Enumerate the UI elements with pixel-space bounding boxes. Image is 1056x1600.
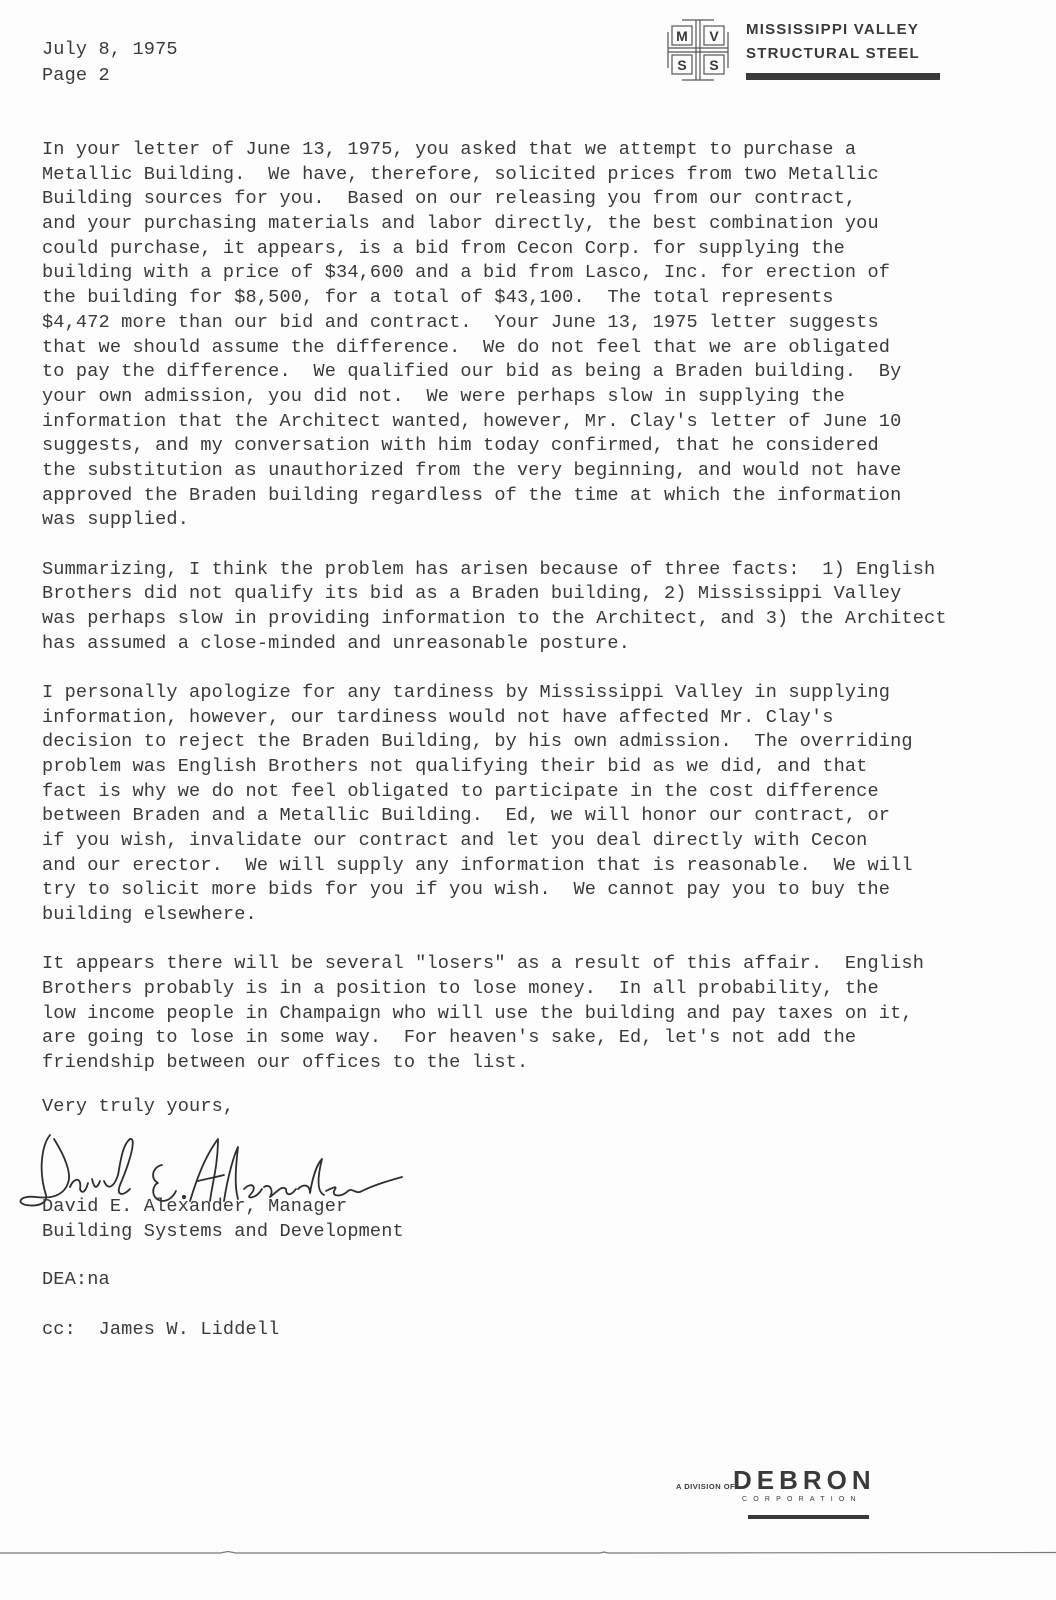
text-line: was supplied. xyxy=(42,508,1042,533)
date-block: July 8, 1975 Page 2 xyxy=(42,37,178,89)
page-edge-line xyxy=(0,1551,1056,1554)
text-line: the substitution as unauthorized from th… xyxy=(42,459,1042,484)
body-paragraph: I personally apologize for any tardiness… xyxy=(42,681,1042,928)
division-prefix: A DIVISION OF xyxy=(676,1482,735,1491)
text-line: that we should assume the difference. We… xyxy=(42,336,1042,361)
text-line: Building sources for you. Based on our r… xyxy=(42,187,1042,212)
carbon-copy: cc: James W. Liddell xyxy=(42,1318,279,1343)
text-line: try to solicit more bids for you if you … xyxy=(42,878,1042,903)
text-line: building with a price of $34,600 and a b… xyxy=(42,261,1042,286)
salutation: Very truly yours, xyxy=(42,1095,234,1120)
text-line: was perhaps slow in providing informatio… xyxy=(42,607,1042,632)
text-line: could purchase, it appears, is a bid fro… xyxy=(42,237,1042,262)
signer-name: David E. Alexander, Manager xyxy=(42,1195,404,1220)
letterhead-logo: M V S S MISSISSIPPI VALLEY STRUCTURAL ST… xyxy=(666,16,946,86)
text-line: information, however, our tardiness woul… xyxy=(42,706,1042,731)
signer-title: Building Systems and Development xyxy=(42,1220,404,1245)
parent-company-name: DEBRON xyxy=(733,1465,876,1496)
text-line: fact is why we do not feel obligated to … xyxy=(42,780,1042,805)
signature-block: David E. Alexander, Manager Building Sys… xyxy=(42,1195,404,1244)
svg-text:V: V xyxy=(709,28,719,44)
letterhead-rule xyxy=(746,73,940,80)
text-line: between Braden and a Metallic Building. … xyxy=(42,804,1042,829)
footer-rule xyxy=(748,1515,869,1519)
text-line: decision to reject the Braden Building, … xyxy=(42,730,1042,755)
svg-text:S: S xyxy=(709,57,718,73)
body-paragraph: Summarizing, I think the problem has ari… xyxy=(42,558,1042,657)
text-line: low income people in Champaign who will … xyxy=(42,1002,1042,1027)
parent-company-suffix: CORPORATION xyxy=(742,1496,862,1503)
text-line: It appears there will be several "losers… xyxy=(42,952,1042,977)
letter-body: In your letter of June 13, 1975, you ask… xyxy=(42,138,1042,1100)
text-line: suggests, and my conversation with him t… xyxy=(42,434,1042,459)
mvss-monogram-icon: M V S S xyxy=(666,18,730,82)
text-line: In your letter of June 13, 1975, you ask… xyxy=(42,138,1042,163)
reference-initials: DEA:na xyxy=(42,1268,110,1293)
text-line: and your purchasing materials and labor … xyxy=(42,212,1042,237)
letter-date: July 8, 1975 xyxy=(42,37,178,63)
svg-text:M: M xyxy=(676,28,688,44)
text-line: problem was English Brothers not qualify… xyxy=(42,755,1042,780)
company-name: MISSISSIPPI VALLEY STRUCTURAL STEEL xyxy=(746,18,920,66)
text-line: Brothers probably is in a position to lo… xyxy=(42,977,1042,1002)
footer-logo: A DIVISION OF DEBRON CORPORATION xyxy=(676,1465,876,1525)
text-line: the building for $8,500, for a total of … xyxy=(42,286,1042,311)
text-line: your own admission, you did not. We were… xyxy=(42,385,1042,410)
company-line-1: MISSISSIPPI VALLEY xyxy=(746,18,920,42)
text-line: are going to lose in some way. For heave… xyxy=(42,1026,1042,1051)
page-number: Page 2 xyxy=(42,63,178,89)
text-line: information that the Architect wanted, h… xyxy=(42,410,1042,435)
closing: Very truly yours, xyxy=(42,1095,234,1120)
text-line: Summarizing, I think the problem has ari… xyxy=(42,558,1042,583)
text-line: approved the Braden building regardless … xyxy=(42,484,1042,509)
svg-text:S: S xyxy=(677,57,686,73)
text-line: $4,472 more than our bid and contract. Y… xyxy=(42,311,1042,336)
letter-page: July 8, 1975 Page 2 M V S xyxy=(0,0,1056,1600)
body-paragraph: It appears there will be several "losers… xyxy=(42,952,1042,1075)
text-line: friendship between our offices to the li… xyxy=(42,1051,1042,1076)
text-line: I personally apologize for any tardiness… xyxy=(42,681,1042,706)
text-line: if you wish, invalidate our contract and… xyxy=(42,829,1042,854)
text-line: to pay the difference. We qualified our … xyxy=(42,360,1042,385)
text-line: building elsewhere. xyxy=(42,903,1042,928)
text-line: Brothers did not qualify its bid as a Br… xyxy=(42,582,1042,607)
text-line: and our erector. We will supply any info… xyxy=(42,854,1042,879)
company-line-2: STRUCTURAL STEEL xyxy=(746,42,920,66)
text-line: has assumed a close-minded and unreasona… xyxy=(42,632,1042,657)
body-paragraph: In your letter of June 13, 1975, you ask… xyxy=(42,138,1042,533)
text-line: Metallic Building. We have, therefore, s… xyxy=(42,163,1042,188)
